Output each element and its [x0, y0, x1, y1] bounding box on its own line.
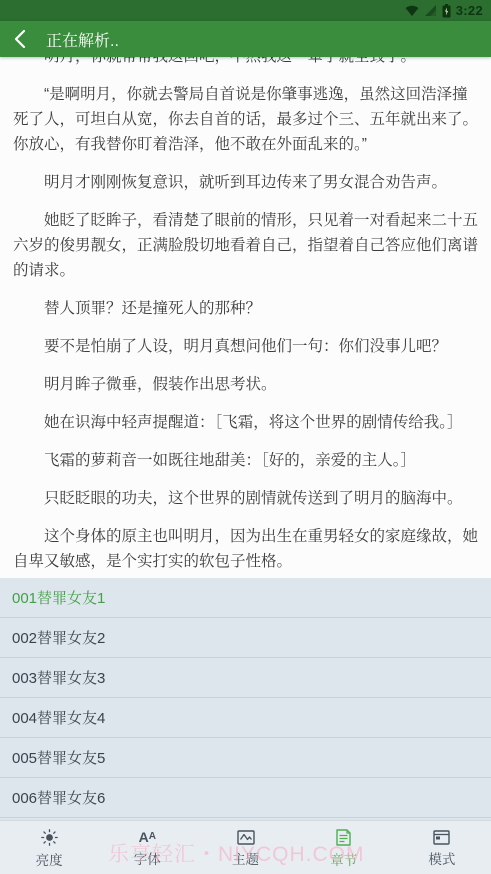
toolbar-label: 亮度: [36, 849, 63, 869]
app-bar: 正在解析..: [0, 21, 491, 57]
toolbar-button-模式[interactable]: 模式: [393, 821, 491, 874]
battery-charging-icon: [442, 4, 451, 18]
reader-paragraph: 她在识海中轻声提醒道：［飞霜，将这个世界的剧情传给我。］: [13, 410, 478, 435]
toolbar-label: 模式: [428, 848, 455, 868]
reader-paragraph: 这个身体的原主也叫明月，因为出生在重男轻女的家庭缘故，她自卑又敏感，是个实打实的…: [13, 524, 478, 574]
status-bar: 3:22: [0, 0, 491, 21]
back-button[interactable]: [14, 29, 26, 49]
toolbar-button-主题[interactable]: 主题: [196, 821, 294, 874]
chapter-list-item[interactable]: 003替罪女友3: [0, 658, 491, 698]
bottom-toolbar: 亮度AA字体主题章节模式: [0, 820, 491, 874]
reader-paragraph: 替人顶罪？还是撞死人的那种？: [13, 296, 478, 321]
chapter-list-item[interactable]: 004替罪女友4: [0, 698, 491, 738]
reader-app-screen: 3:22 正在解析.. 明月，你就帮帮我这回吧，不然我这一辈子就全毁了。“是啊明…: [0, 0, 491, 874]
toolbar-button-亮度[interactable]: 亮度: [0, 821, 98, 874]
chapter-label: 004替罪女友4: [12, 707, 105, 728]
toolbar-button-字体[interactable]: AA字体: [98, 821, 196, 874]
chapter-label: 005替罪女友5: [12, 747, 105, 768]
font-icon: AA: [139, 829, 156, 845]
toolbar-button-章节[interactable]: 章节: [295, 821, 393, 874]
chapter-list: 001替罪女友1002替罪女友2003替罪女友3004替罪女友4005替罪女友5…: [0, 578, 491, 820]
clock-time: 3:22: [456, 3, 483, 18]
toolbar-label: 字体: [134, 848, 161, 868]
chapter-label: 003替罪女友3: [12, 667, 105, 688]
chapter-label: 006替罪女友6: [12, 787, 105, 808]
theme-icon: [237, 830, 255, 845]
chapter-list-item[interactable]: 002替罪女友2: [0, 618, 491, 658]
no-signal-icon: [424, 5, 437, 17]
reader-paragraph: 明月眸子微垂，假装作出思考状。: [13, 372, 478, 397]
reader-paragraph: 飞霜的萝莉音一如既往地甜美：［好的，亲爱的主人。］: [13, 448, 478, 473]
chapter-list-item[interactable]: 006替罪女友6: [0, 778, 491, 818]
page-title: 正在解析..: [46, 28, 119, 51]
chapter-label: 001替罪女友1: [12, 587, 105, 608]
reader-paragraph: 只眨眨眼的功夫，这个世界的剧情就传送到了明月的脑海中。: [13, 486, 478, 511]
reader-paragraph: 她眨了眨眸子，看清楚了眼前的情形，只见着一对看起来二十五六岁的俊男靓女，正满脸殷…: [13, 208, 478, 283]
reader-paragraph: 要不是怕崩了人设，明月真想问他们一句：你们没事儿吧？: [13, 334, 478, 359]
reader-paragraph: “是啊明月，你就去警局自首说是你肇事逃逸，虽然这回浩泽撞死了人，可坦白从宽，你去…: [13, 82, 478, 157]
chapter-list-item[interactable]: 005替罪女友5: [0, 738, 491, 778]
toolbar-label: 主题: [232, 848, 259, 868]
brightness-icon: [41, 829, 58, 846]
reader-paragraph: 明月才刚刚恢复意识，就听到耳边传来了男女混合劝告声。: [13, 170, 478, 195]
chapter-label: 002替罪女友2: [12, 627, 105, 648]
reader-paragraph: 明月，你就帮帮我这回吧，不然我这一辈子就全毁了。: [13, 57, 478, 69]
chapter-list-item[interactable]: 001替罪女友1: [0, 578, 491, 618]
chapters-icon: [336, 829, 351, 846]
reader-content[interactable]: 明月，你就帮帮我这回吧，不然我这一辈子就全毁了。“是啊明月，你就去警局自首说是你…: [0, 57, 491, 578]
wifi-icon: [405, 5, 419, 17]
mode-icon: [433, 830, 450, 845]
toolbar-label: 章节: [330, 849, 357, 869]
